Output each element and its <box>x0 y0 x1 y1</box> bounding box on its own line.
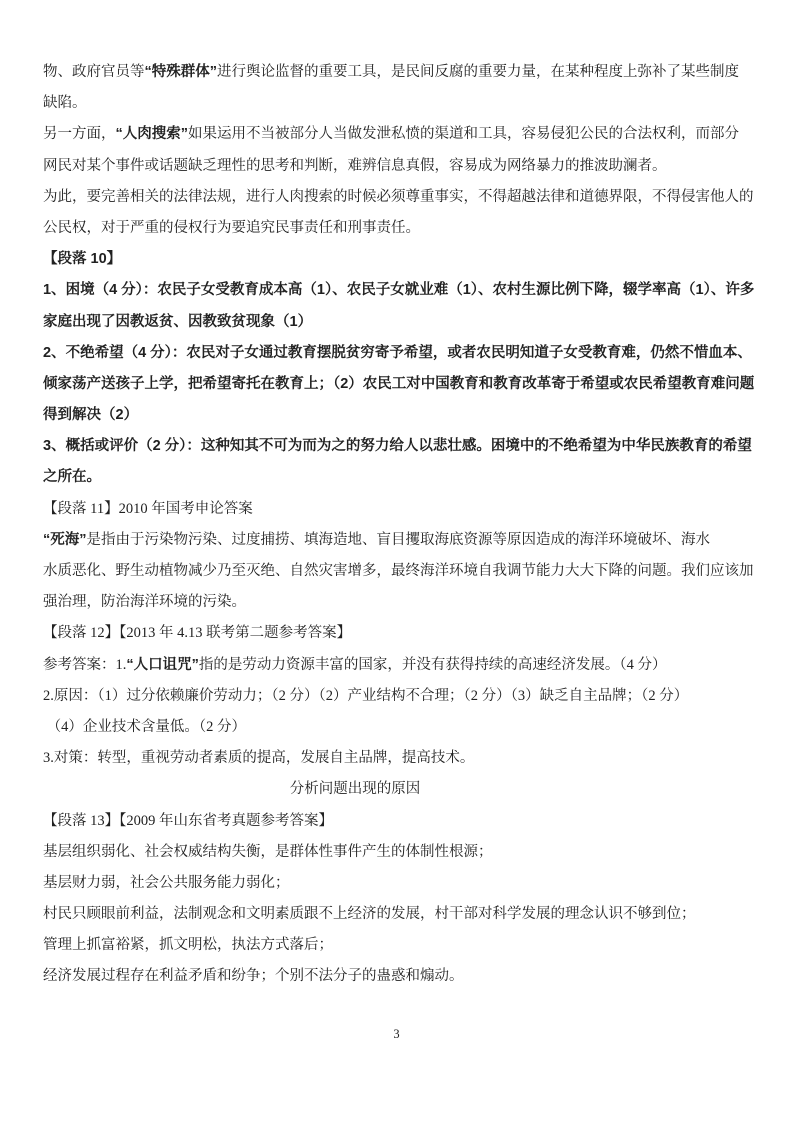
text-line: 家庭出现了因教返贫、因教致贫现象（1） <box>43 307 753 338</box>
document-body: 物、政府官员等“特殊群体”进行舆论监督的重要工具，是民间反腐的重要力量，在某种程… <box>43 57 753 993</box>
text-line: 公民权，对于严重的侵权行为要追究民事责任和刑事责任。 <box>43 213 753 244</box>
text-line: 基层组织弱化、社会权威结构失衡，是群体性事件产生的体制性根源； <box>43 837 753 868</box>
text-line: 得到解决（2） <box>43 400 753 431</box>
text-line: 之所在。 <box>43 462 753 493</box>
text-line: 另一方面，“人肉搜索”如果运用不当被部分人当做发泄私愤的渠道和工具，容易侵犯公民… <box>43 119 753 150</box>
text-line: 倾家荡产送孩子上学，把希望寄托在教育上；（2）农民工对中国教育和教育改革寄于希望… <box>43 369 753 400</box>
text-line: 网民对某个事件或话题缺乏理性的思考和判断，难辨信息真假，容易成为网络暴力的推波助… <box>43 151 753 182</box>
text-line: 2.原因：（1）过分依赖廉价劳动力；（2 分）（2）产业结构不合理；（2 分）（… <box>43 681 753 712</box>
text-line: （4）企业技术含量低。（2 分） <box>43 712 753 743</box>
text-line: 水质恶化、野生动植物减少乃至灭绝、自然灾害增多，最终海洋环境自我调节能力大大下降… <box>43 556 753 587</box>
text-line: 强治理，防治海洋环境的污染。 <box>43 587 753 618</box>
text-line: 村民只顾眼前利益，法制观念和文明素质跟不上经济的发展，村干部对科学发展的理念认识… <box>43 899 753 930</box>
text-line: 1、困境（4 分）：农民子女受教育成本高（1）、农民子女就业难（1）、农村生源比… <box>43 275 753 306</box>
text-line: 2、不绝希望（4 分）：农民对子女通过教育摆脱贫穷寄予希望，或者农民明知道子女受… <box>43 338 753 369</box>
text-line: 【段落 12】【2013 年 4.13 联考第二题参考答案】 <box>43 618 753 649</box>
text-line: 【段落 11】2010 年国考申论答案 <box>43 494 753 525</box>
text-line: 管理上抓富裕紧，抓文明松，执法方式落后； <box>43 930 753 961</box>
document-page: { "page": { "background": "#ffffff", "te… <box>0 0 793 1122</box>
text-line: 3、概括或评价（2 分）：这种知其不可为而为之的努力给人以悲壮感。困境中的不绝希… <box>43 431 753 462</box>
text-line: 分析问题出现的原因 <box>43 774 667 805</box>
text-line: 【段落 13】【2009 年山东省考真题参考答案】 <box>43 806 753 837</box>
text-line: 3.对策：转型，重视劳动者素质的提高，发展自主品牌，提高技术。 <box>43 743 753 774</box>
text-line: 【段落 10】 <box>43 244 753 275</box>
text-line: 基层财力弱，社会公共服务能力弱化； <box>43 868 753 899</box>
text-line: 参考答案：1.“人口诅咒”指的是劳动力资源丰富的国家，并没有获得持续的高速经济发… <box>43 650 753 681</box>
page-number: 3 <box>0 1026 793 1042</box>
text-line: 物、政府官员等“特殊群体”进行舆论监督的重要工具，是民间反腐的重要力量，在某种程… <box>43 57 753 88</box>
text-line: 经济发展过程存在利益矛盾和纷争；个别不法分子的蛊惑和煽动。 <box>43 961 753 992</box>
text-line: 缺陷。 <box>43 88 753 119</box>
text-line: “死海”是指由于污染物污染、过度捕捞、填海造地、盲目攫取海底资源等原因造成的海洋… <box>43 525 753 556</box>
text-line: 为此，要完善相关的法律法规，进行人肉搜索的时候必须尊重事实，不得超越法律和道德界… <box>43 182 753 213</box>
